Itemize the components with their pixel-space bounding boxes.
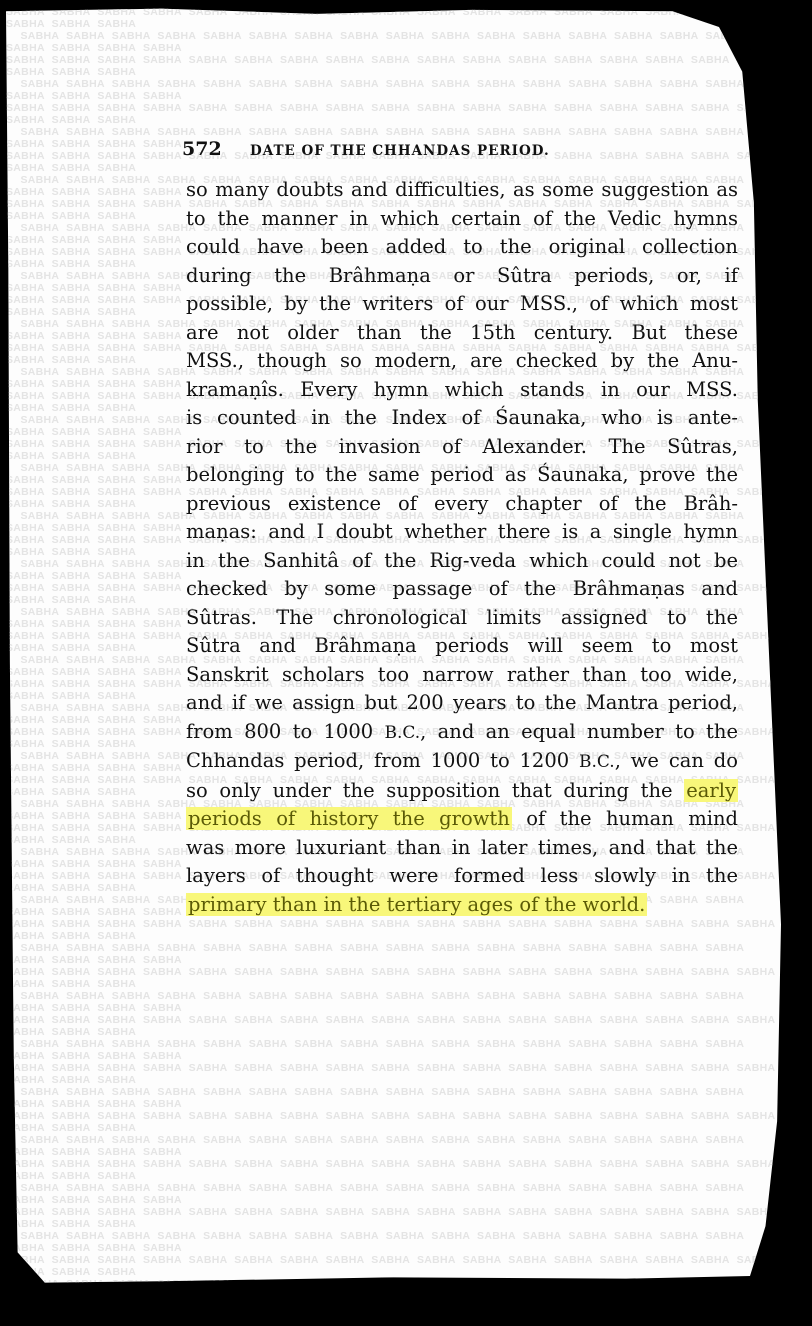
line-text: so many doubts and difficulties, as some… [186, 178, 738, 201]
text-line: Chhandas period, from 1000 to 1200 B.C.,… [186, 747, 738, 777]
text-line: during the Brâhmaṇa or Sûtra periods, or… [186, 262, 738, 291]
line-text: , and an equal number to the [420, 720, 738, 743]
era-abbreviation: B.C. [579, 752, 615, 772]
line-text: from 800 to 1000 [186, 720, 384, 743]
line-text: during the Brâhmaṇa or Sûtra periods, or… [186, 264, 738, 287]
line-text: checked by some passage of the Brâhmaṇas… [186, 577, 738, 600]
line-text: is counted in the Index of Śaunaka, who … [186, 406, 738, 429]
text-line: is counted in the Index of Śaunaka, who … [186, 404, 738, 433]
line-text: belonging to the same period as Śaunaka,… [186, 463, 738, 486]
text-line: checked by some passage of the Brâhmaṇas… [186, 575, 738, 604]
text-line: MSS., though so modern, are checked by t… [186, 347, 738, 376]
text-line: rior to the invasion of Alexander. The S… [186, 433, 738, 462]
text-line: in the Sanhitâ of the Rig-veda which cou… [186, 547, 738, 576]
page-header: 572 DATE OF THE CHHANDAS PERIOD. [182, 138, 642, 160]
scanned-page: SABHA SABHA SABHA SABHA SABHA SABHA SABH… [6, 6, 781, 1318]
text-line: Sanskrit scholars too narrow rather than… [186, 661, 738, 690]
line-text: maṇas: and I doubt whether there is a si… [186, 520, 738, 543]
body-paragraph: so many doubts and difficulties, as some… [186, 176, 738, 919]
text-line: and if we assign but 200 years to the Ma… [186, 689, 738, 718]
text-line: could have been added to the original co… [186, 233, 738, 262]
page-number: 572 [182, 138, 250, 160]
line-text: Sûtras. The chronological limits assigne… [186, 606, 738, 629]
line-text: in the Sanhitâ of the Rig-veda which cou… [186, 549, 738, 572]
text-line: Sûtra and Brâhmaṇa periods will seem to … [186, 632, 738, 661]
text-line: possible, by the writers of our MSS., of… [186, 290, 738, 319]
highlighted-text: early [684, 779, 738, 802]
text-line: so many doubts and difficulties, as some… [186, 176, 738, 205]
text-line: previous existence of every chapter of t… [186, 490, 738, 519]
text-line: belonging to the same period as Śaunaka,… [186, 461, 738, 490]
text-line: maṇas: and I doubt whether there is a si… [186, 518, 738, 547]
line-text: was more luxuriant than in later times, … [186, 836, 738, 859]
line-text: to the manner in which certain of the Ve… [186, 207, 738, 230]
line-text: Sanskrit scholars too narrow rather than… [186, 663, 738, 686]
line-text: previous existence of every chapter of t… [186, 492, 738, 515]
running-title: DATE OF THE CHHANDAS PERIOD. [250, 143, 550, 159]
line-text: , we can do [615, 749, 738, 772]
line-text: so only under the supposition that durin… [186, 779, 684, 802]
line-text: and if we assign but 200 years to the Ma… [186, 691, 738, 714]
line-text: rior to the invasion of Alexander. The S… [186, 435, 738, 458]
highlighted-text: periods of history the growth [186, 807, 512, 830]
text-line: so only under the supposition that durin… [186, 777, 738, 806]
line-text: Sûtra and Brâhmaṇa periods will seem to … [186, 634, 738, 657]
line-text: Chhandas period, from 1000 to 1200 [186, 749, 579, 772]
line-text: possible, by the writers of our MSS., of… [186, 292, 738, 315]
text-line: periods of history the growth of the hum… [186, 805, 738, 834]
line-text: could have been added to the original co… [186, 235, 738, 258]
text-line: from 800 to 1000 B.C., and an equal numb… [186, 718, 738, 748]
text-line: kramaṇîs. Every hymn which stands in our… [186, 376, 738, 405]
text-line: to the manner in which certain of the Ve… [186, 205, 738, 234]
era-abbreviation: B.C. [384, 723, 420, 743]
line-text: are not older than the 15th century. But… [186, 321, 738, 344]
text-line: Sûtras. The chronological limits assigne… [186, 604, 738, 633]
text-line: layers of thought were formed less slowl… [186, 862, 738, 891]
line-text: of the human mind [512, 807, 738, 830]
text-line: primary than in the tertiary ages of the… [186, 891, 738, 920]
line-text: MSS., though so modern, are checked by t… [186, 349, 738, 372]
highlighted-text: primary than in the tertiary ages of the… [186, 893, 647, 916]
line-text: kramaṇîs. Every hymn which stands in our… [186, 378, 738, 401]
text-line: are not older than the 15th century. But… [186, 319, 738, 348]
line-text: layers of thought were formed less slowl… [186, 864, 738, 887]
text-line: was more luxuriant than in later times, … [186, 834, 738, 863]
